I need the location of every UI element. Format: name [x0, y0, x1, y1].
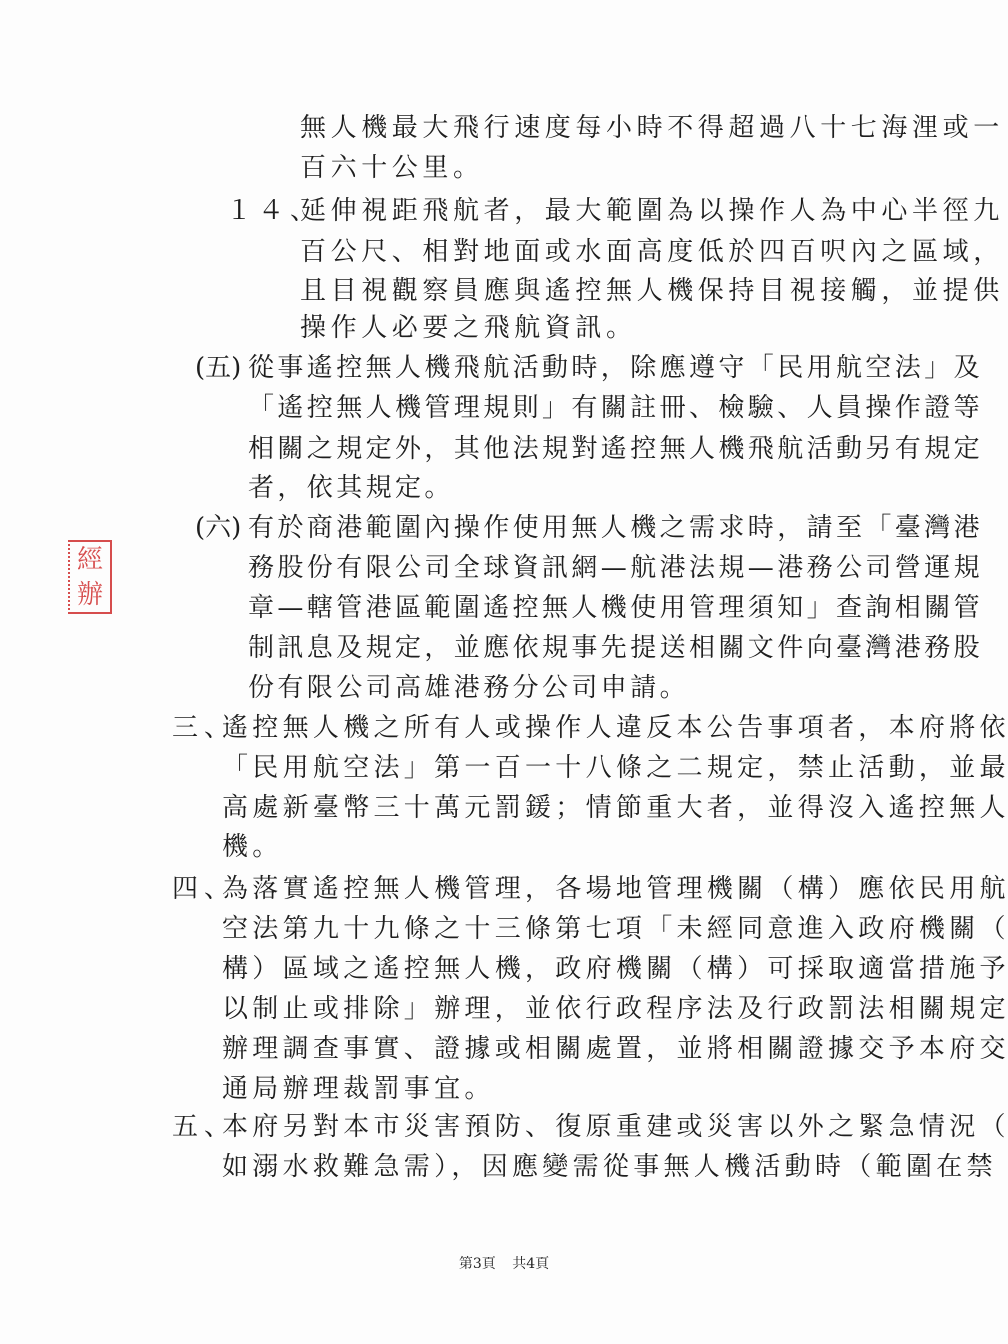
section-4-line-2: 空法第九十九條之十三條第七項「未經同意進入政府機關（	[222, 914, 1008, 944]
sub-item-13-line-1: 無人機最大飛行速度每小時不得超過八十七海浬或一	[300, 113, 1004, 143]
item-6-line-3: 章—轄管港區範圍遙控無人機使用管理須知」查詢相關管	[248, 593, 983, 623]
item-6-line-1: 有於商港範圍內操作使用無人機之需求時，請至「臺灣港	[248, 513, 983, 543]
official-seal-stamp: 經 辦	[68, 540, 112, 614]
section-4-line-4: 以制止或排除」辦理，並依行政程序法及行政罰法相關規定	[222, 994, 1008, 1024]
section-5-line-2: 如溺水救難急需），因應變需從事無人機活動時（範圍在禁	[222, 1152, 997, 1182]
section-4-line-6: 通局辦理裁罰事宜。	[222, 1074, 495, 1104]
item-5-line-4: 者，依其規定。	[248, 473, 454, 503]
section-4-line-5: 辦理調查事實、證據或相關處置，並將相關證據交予本府交	[222, 1034, 1008, 1064]
item-6-line-5: 份有限公司高雄港務分公司申請。	[248, 673, 689, 703]
section-5-line-1: 本府另對本市災害預防、復原重建或災害以外之緊急情況（	[222, 1112, 1008, 1142]
page-footer: 第3頁 共4頁	[0, 1255, 1008, 1273]
sub-item-14-line-4: 操作人必要之飛航資訊。	[300, 313, 637, 343]
item-6-line-2: 務股份有限公司全球資訊網—航港法規—港務公司營運規	[248, 553, 983, 583]
sub-item-14-line-1: 延伸視距飛航者，最大範圍為以操作人為中心半徑九	[300, 196, 1004, 226]
seal-char-2: 辦	[77, 580, 103, 610]
page-current: 第3頁	[459, 1256, 496, 1272]
section-3-line-1: 遙控無人機之所有人或操作人違反本公告事項者，本府將依	[222, 713, 1008, 743]
page-total: 共4頁	[512, 1256, 549, 1272]
section-3-line-2: 「民用航空法」第一百一十八條之二規定，禁止活動，並最	[222, 753, 1008, 783]
section-3-line-4: 機。	[222, 832, 283, 862]
section-3-line-3: 高處新臺幣三十萬元罰鍰；情節重大者，並得沒入遙控無人	[222, 793, 1008, 823]
item-6-marker: (六)	[195, 513, 241, 543]
sub-item-14-line-3: 且目視觀察員應與遙控無人機保持目視接觸，並提供	[300, 276, 1004, 306]
section-4-line-1: 為落實遙控無人機管理，各場地管理機關（構）應依民用航	[222, 874, 1008, 904]
item-5-line-1: 從事遙控無人機飛航活動時，除應遵守「民用航空法」及	[248, 353, 983, 383]
item-6-line-4: 制訊息及規定，並應依規事先提送相關文件向臺灣港務股	[248, 633, 983, 663]
seal-char-1: 經	[77, 545, 103, 575]
section-4-line-3: 構）區域之遙控無人機，政府機關（構）可採取適當措施予	[222, 954, 1008, 984]
item-5-marker: (五)	[195, 353, 241, 383]
sub-item-13-line-2: 百六十公里。	[300, 153, 484, 183]
document-page: 無人機最大飛行速度每小時不得超過八十七海浬或一 百六十公里。 １４、 延伸視距飛…	[0, 0, 1008, 1344]
item-5-line-2: 「遙控無人機管理規則」有關註冊、檢驗、人員操作證等	[248, 393, 983, 423]
item-5-line-3: 相關之規定外，其他法規對遙控無人機飛航活動另有規定	[248, 434, 983, 464]
sub-item-14-line-2: 百公尺、相對地面或水面高度低於四百呎內之區域，	[300, 237, 1004, 267]
